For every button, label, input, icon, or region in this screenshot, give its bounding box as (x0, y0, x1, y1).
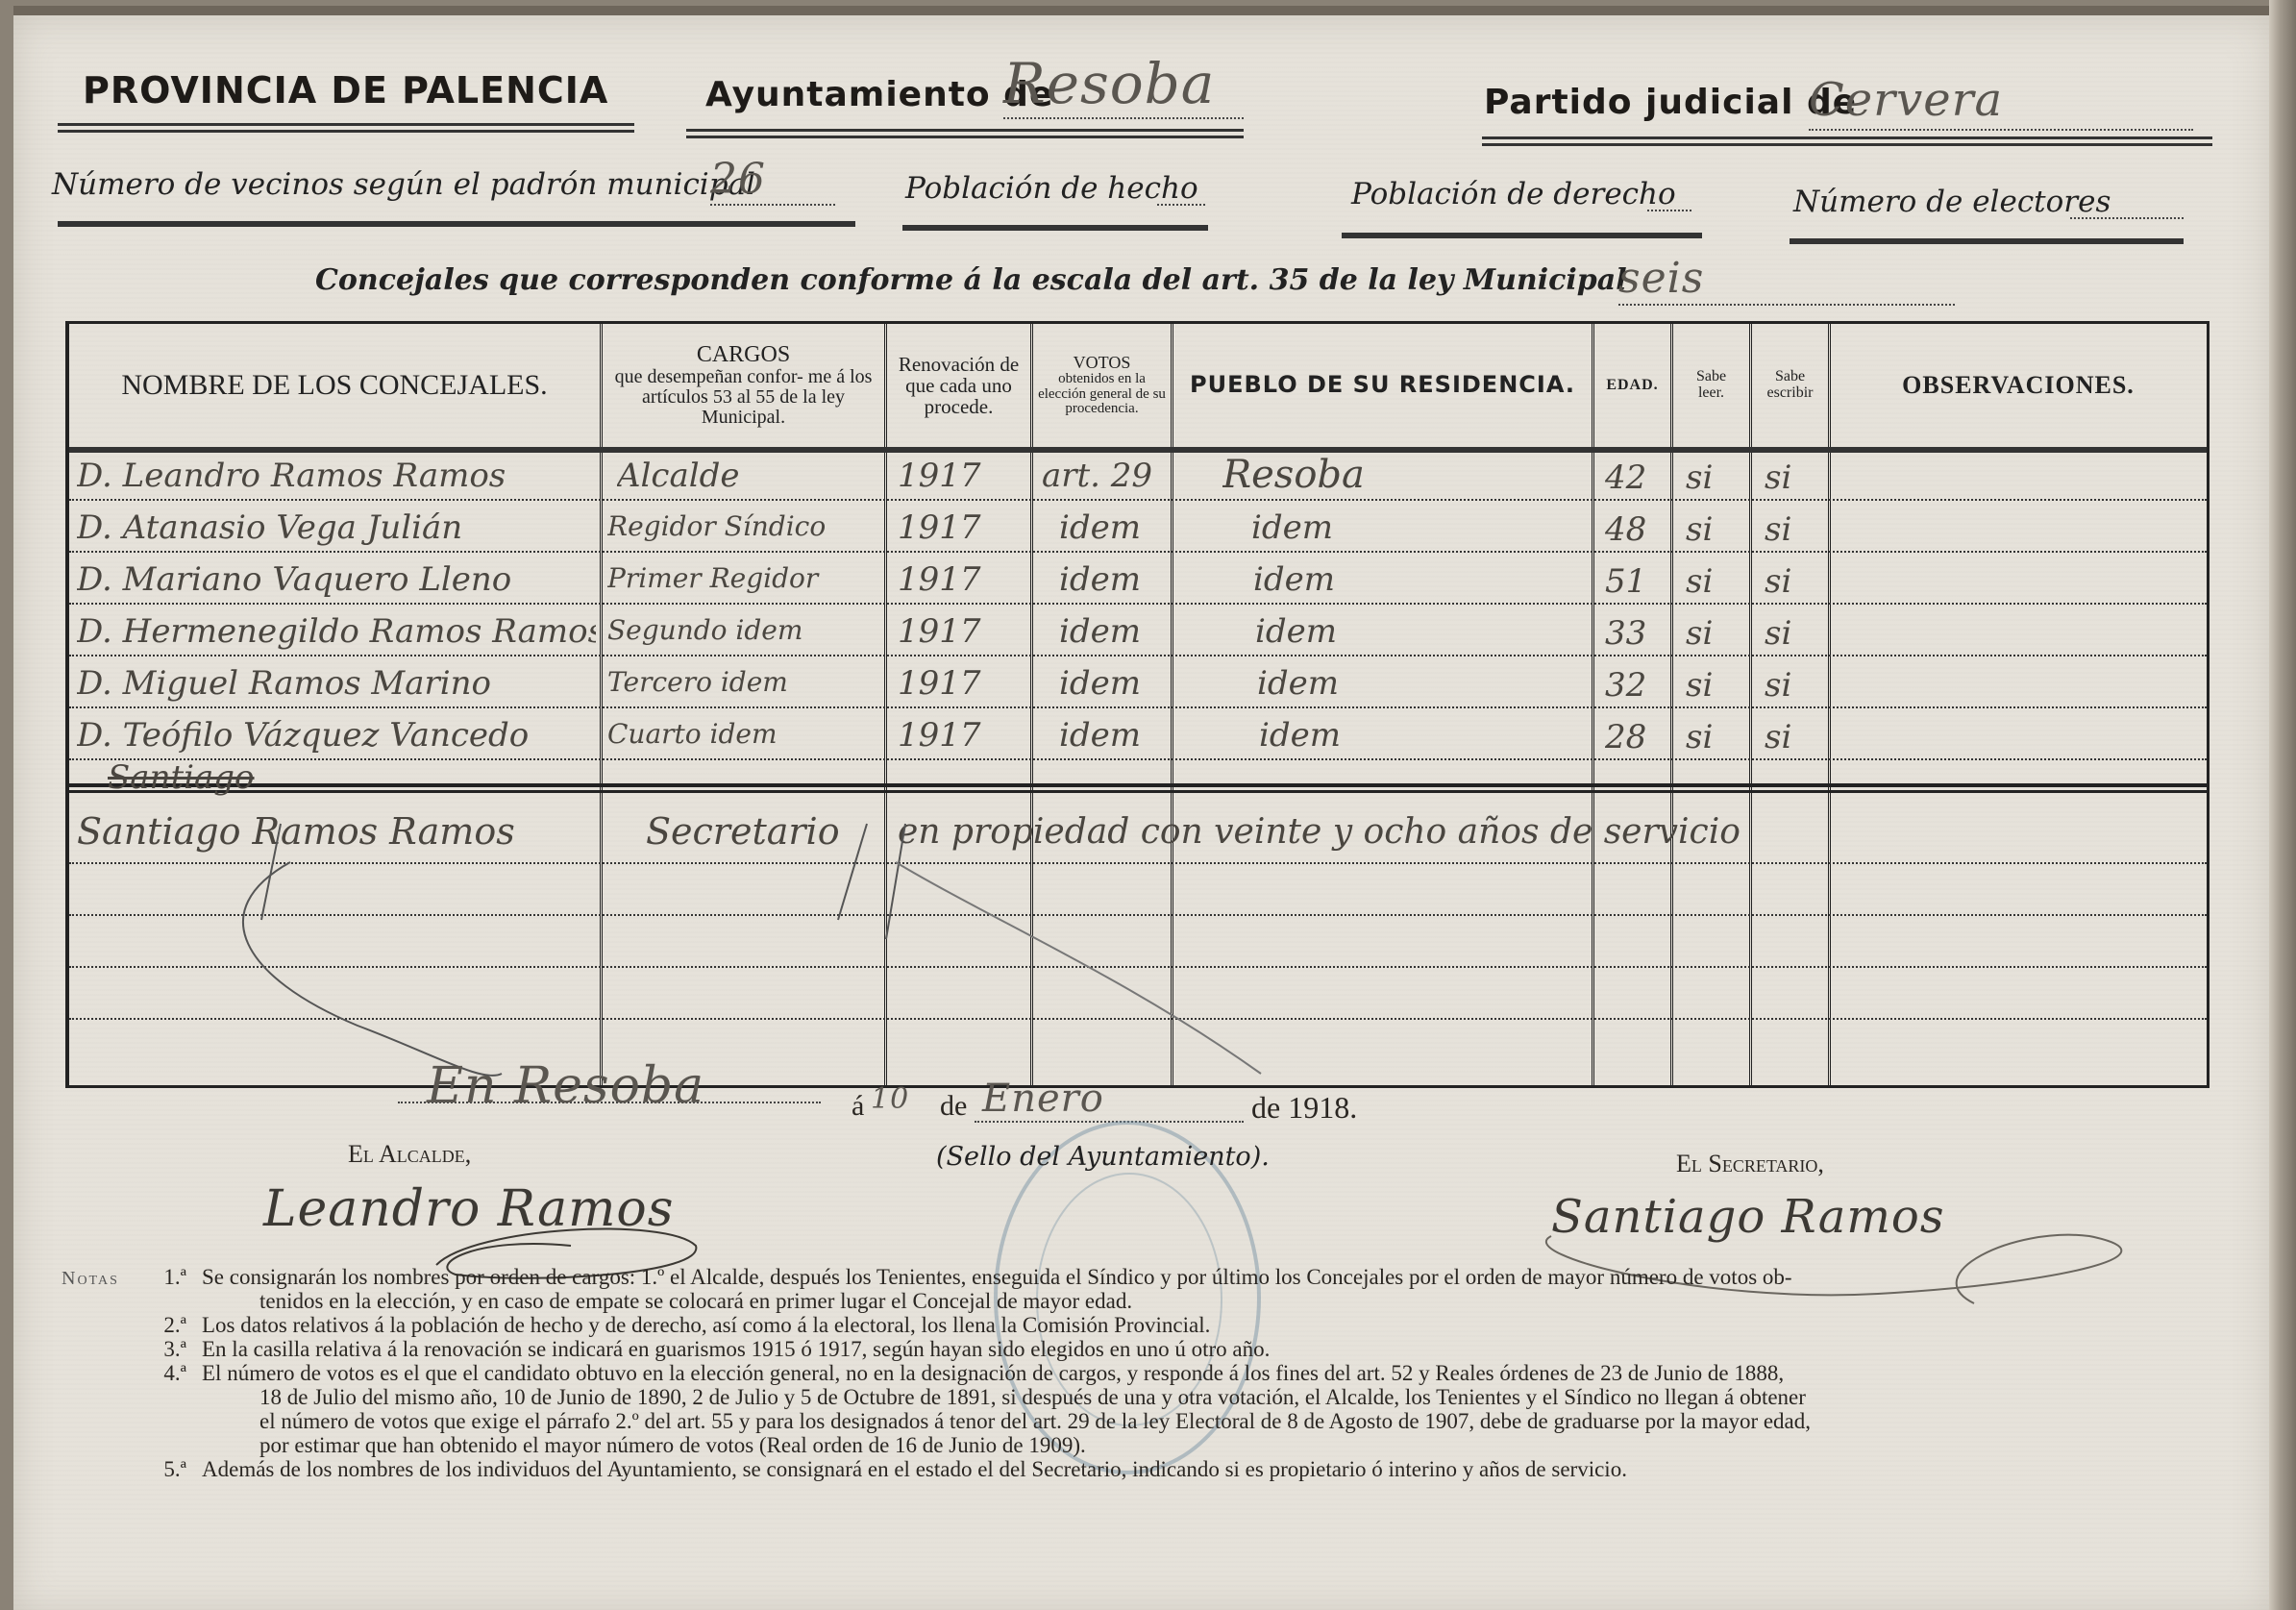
document-page: PROVINCIA DE PALENCIA Ayuntamiento de Re… (13, 6, 2272, 1610)
day-value: 10 (871, 1082, 909, 1116)
vecinos-value: 26 (710, 156, 835, 206)
note-item: 1.ªSe consignarán los nombres por orden … (129, 1265, 2205, 1313)
note-number: 5.ª (129, 1457, 202, 1481)
note-text: tenidos en la elección, y en caso de emp… (259, 1289, 1132, 1313)
header-rule (58, 123, 634, 133)
ayuntamiento-value: Resoba (1003, 50, 1244, 119)
concejales-table: NOMBRE DE LOS CONCEJALES. CARGOS que des… (65, 321, 2210, 1088)
electores-label: Número de electores (1793, 185, 2111, 219)
note-number: 2.ª (129, 1313, 202, 1337)
hecho-label: Población de hecho (905, 171, 1198, 206)
electores-value (2070, 217, 2184, 219)
cancel-flourish-icon (69, 324, 2207, 1085)
book-page-edge (2269, 0, 2296, 1610)
note-text: El número de votos es el que el candidat… (202, 1361, 1784, 1385)
note-number: 4.ª (129, 1361, 202, 1385)
secretario-label: El Secretario, (1676, 1150, 1824, 1178)
notes-label: Notas (62, 1267, 119, 1291)
note-item: 5.ªAdemás de los nombres de los individu… (129, 1457, 2205, 1481)
header-rule (686, 129, 1244, 138)
seal-label: (Sello del Ayuntamiento). (936, 1142, 1270, 1172)
field-rule (1342, 233, 1702, 238)
notes-list: 1.ªSe consignarán los nombres por orden … (129, 1265, 2205, 1481)
vecinos-label: Número de vecinos según el padrón munici… (52, 167, 755, 202)
note-item: 4.ªEl número de votos es el que el candi… (129, 1361, 2205, 1457)
alcalde-label: El Alcalde, (348, 1140, 471, 1169)
province-title: PROVINCIA DE PALENCIA (83, 69, 608, 111)
day-prefix: á (852, 1090, 864, 1123)
derecho-value (1647, 210, 1691, 211)
note-item: 3.ªEn la casilla relativa á la renovació… (129, 1337, 2205, 1361)
concejales-value: seis (1618, 254, 1955, 306)
field-rule (902, 225, 1208, 231)
ayuntamiento-label: Ayuntamiento de (705, 75, 1053, 114)
note-text: En la casilla relativa á la renovación s… (202, 1337, 1270, 1361)
note-number: 1.ª (129, 1265, 202, 1289)
derecho-label: Población de derecho (1351, 177, 1676, 211)
notes-section: Notas 1.ªSe consignarán los nombres por … (62, 1265, 2205, 1481)
place-value: En Resoba (427, 1057, 704, 1115)
header-rule (1482, 136, 2212, 146)
note-text: Se consignarán los nombres por orden de … (202, 1265, 1792, 1289)
year-text: de 1918. (1251, 1090, 1357, 1126)
month-prefix: de (940, 1090, 967, 1123)
concejales-label: Concejales que corresponden conforme á l… (315, 263, 1627, 297)
note-text: el número de votos que exige el párrafo … (259, 1409, 1811, 1433)
month-value: Enero (982, 1077, 1104, 1121)
note-number: 3.ª (129, 1337, 202, 1361)
partido-value: Cervera (1809, 71, 2193, 131)
note-text: Los datos relativos á la población de he… (202, 1313, 1210, 1337)
partido-label: Partido judicial de (1484, 83, 1857, 122)
note-item: 2.ªLos datos relativos á la población de… (129, 1313, 2205, 1337)
hecho-value (1157, 204, 1205, 206)
field-rule (1790, 238, 2184, 244)
note-text: 18 de Julio del mismo año, 10 de Junio d… (259, 1385, 1806, 1409)
note-text: por estimar que han obtenido el mayor nú… (259, 1433, 1086, 1457)
note-text: Además de los nombres de los individuos … (202, 1457, 1627, 1481)
field-rule (58, 221, 855, 227)
